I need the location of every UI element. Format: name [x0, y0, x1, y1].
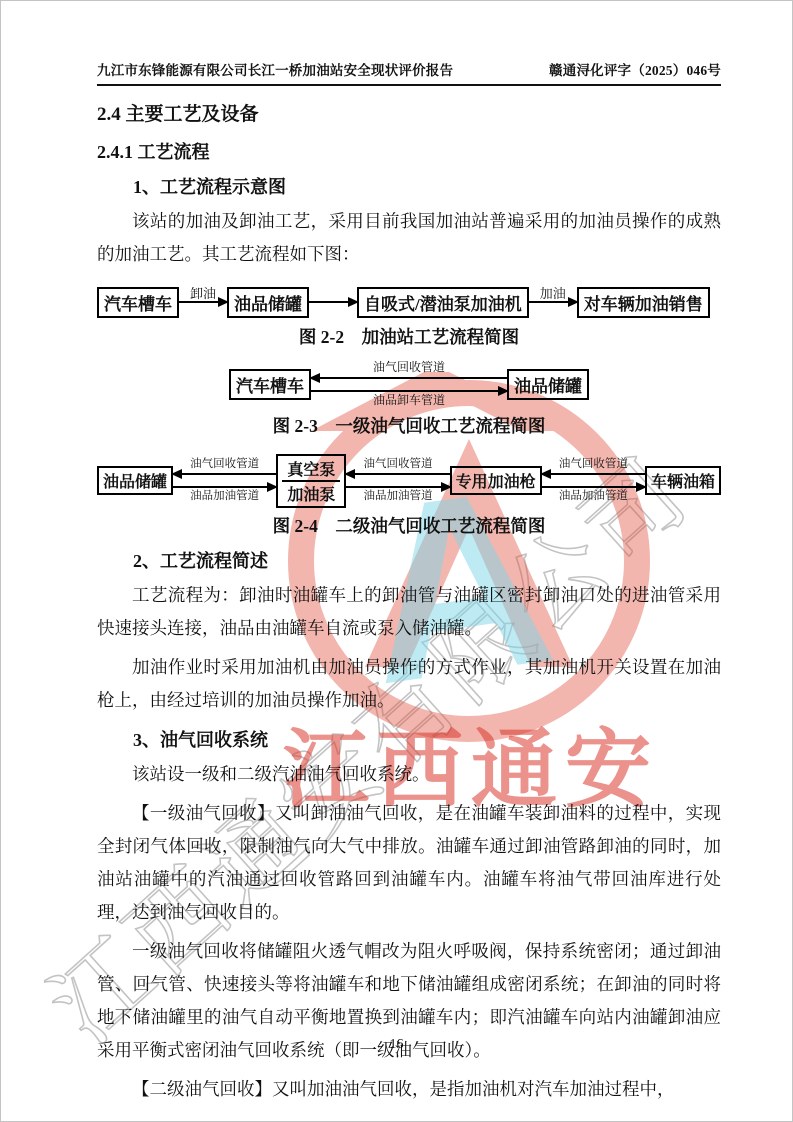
pump-box-fuel-pump: 加油泵 — [282, 482, 340, 505]
page-header: 九江市东锋能源有限公司长江一桥加油站安全现状评价报告 赣通浔化评字（2025）0… — [97, 59, 721, 86]
pump-box-vacuum-pump: 真空泵 — [282, 457, 340, 482]
figure-2-4-caption: 图 2-4 二级油气回收工艺流程简图 — [97, 513, 721, 538]
arrow-right-icon — [311, 390, 507, 392]
paragraph-process-1: 工艺流程为：卸油时油罐车上的卸油管与油罐区密封卸油口处的进油管采用快速接头连接，… — [97, 579, 721, 645]
figure-2-3-flowchart: 汽车槽车 油气回收管道 油品卸车管道 油品储罐 — [97, 361, 721, 408]
arrow-right-icon — [173, 486, 276, 488]
subheading-2: 2、工艺流程简述 — [97, 547, 721, 573]
arrow-line-icon — [179, 301, 227, 303]
arrow-label-refuel: 加油 — [540, 287, 566, 300]
flow-box-dispenser: 自吸式/潜油泵加油机 — [357, 287, 529, 318]
page-number: 16 — [1, 1037, 792, 1053]
arrow-left-icon — [542, 473, 645, 475]
header-doc-number: 赣通浔化评字（2025）046号 — [549, 59, 721, 79]
connector-label-vapor: 油气回收管道 — [311, 361, 507, 375]
paragraph-process-2: 加油作业时采用加油机由加油员操作的方式作业，其加油机开关设置在加油枪上，由经过培… — [97, 651, 721, 717]
flow-arrow-unload: 卸油 — [179, 285, 227, 319]
arrow-right-icon — [542, 486, 645, 488]
connector-label-fuel: 油品加油管道 — [542, 490, 645, 503]
flow-arrow-plain — [309, 285, 357, 319]
flow-box-storage-tank: 油品储罐 — [227, 287, 309, 318]
section-heading-2-4-1: 2.4.1 工艺流程 — [97, 138, 721, 164]
double-arrow-connector: 油气回收管道 油品加油管道 — [542, 458, 645, 503]
flow-box-vehicle-sales: 对车辆加油销售 — [577, 287, 710, 318]
figure-2-3-caption: 图 2-3 一级油气回收工艺流程简图 — [97, 413, 721, 438]
arrow-left-icon — [346, 473, 449, 475]
document-page: 江西通安有限公司 A 江西通安 九江市东锋能源有限公司长江一桥加油站安全现状评价… — [0, 0, 793, 1122]
connector-label-fuel: 油品加油管道 — [173, 490, 276, 503]
double-arrow-connector: 油气回收管道 油品加油管道 — [346, 458, 449, 503]
connector-label-fuel: 油品加油管道 — [346, 490, 449, 503]
header-report-title: 九江市东锋能源有限公司长江一桥加油站安全现状评价报告 — [97, 59, 453, 79]
flow-box-nozzle: 专用加油枪 — [450, 466, 542, 495]
double-arrow-connector: 油气回收管道 油品卸车管道 — [311, 361, 507, 408]
page-content: 九江市东锋能源有限公司长江一桥加油站安全现状评价报告 赣通浔化评字（2025）0… — [1, 1, 792, 1106]
subheading-3: 3、油气回收系统 — [97, 726, 721, 752]
connector-label-unloading: 油品卸车管道 — [311, 394, 507, 408]
flow-box-pumps: 真空泵 加油泵 — [276, 454, 346, 508]
arrow-line-icon — [309, 301, 357, 303]
arrow-label-unload: 卸油 — [190, 287, 216, 300]
arrow-left-icon — [173, 473, 276, 475]
paragraph-stage2-recovery: 【二级油气回收】又叫加油油气回收，是指加油机对汽车加油过程中， — [97, 1073, 721, 1106]
section-heading-2-4: 2.4 主要工艺及设备 — [97, 99, 721, 126]
figure-2-2-flowchart: 汽车槽车 卸油 油品储罐 自吸式/潜油泵加油机 加油 对车辆加油销售 — [97, 285, 721, 319]
flow-box-vehicle-tank: 车辆油箱 — [645, 466, 721, 495]
connector-label-vapor: 油气回收管道 — [173, 458, 276, 471]
subheading-1: 1、工艺流程示意图 — [97, 173, 721, 199]
connector-label-vapor: 油气回收管道 — [542, 458, 645, 471]
paragraph-intro: 该站的加油及卸油工艺，采用目前我国加油站普遍采用的加油员操作的成熟的加油工艺。其… — [97, 205, 721, 271]
flow-box-tank-truck: 汽车槽车 — [229, 369, 311, 400]
flow-box-tank-truck: 汽车槽车 — [97, 287, 179, 318]
flow-box-storage-tank: 油品储罐 — [507, 369, 589, 400]
arrow-line-icon — [529, 301, 577, 303]
figure-2-4-flowchart: 油品储罐 油气回收管道 油品加油管道 真空泵 加油泵 油气回收管道 油品加油管道… — [97, 454, 721, 508]
flow-box-storage-tank: 油品储罐 — [97, 466, 173, 495]
connector-label-vapor: 油气回收管道 — [346, 458, 449, 471]
double-arrow-connector: 油气回收管道 油品加油管道 — [173, 458, 276, 503]
arrow-left-icon — [311, 377, 507, 379]
flow-arrow-refuel: 加油 — [529, 285, 577, 319]
paragraph-recovery-intro: 该站设一级和二级汽油油气回收系统。 — [97, 758, 721, 791]
arrow-right-icon — [346, 486, 449, 488]
figure-2-2-caption: 图 2-2 加油站工艺流程简图 — [97, 324, 721, 349]
paragraph-stage1-recovery: 【一级油气回收】又叫卸油油气回收，是在油罐车装卸油料的过程中，实现全封闭气体回收… — [97, 797, 721, 929]
